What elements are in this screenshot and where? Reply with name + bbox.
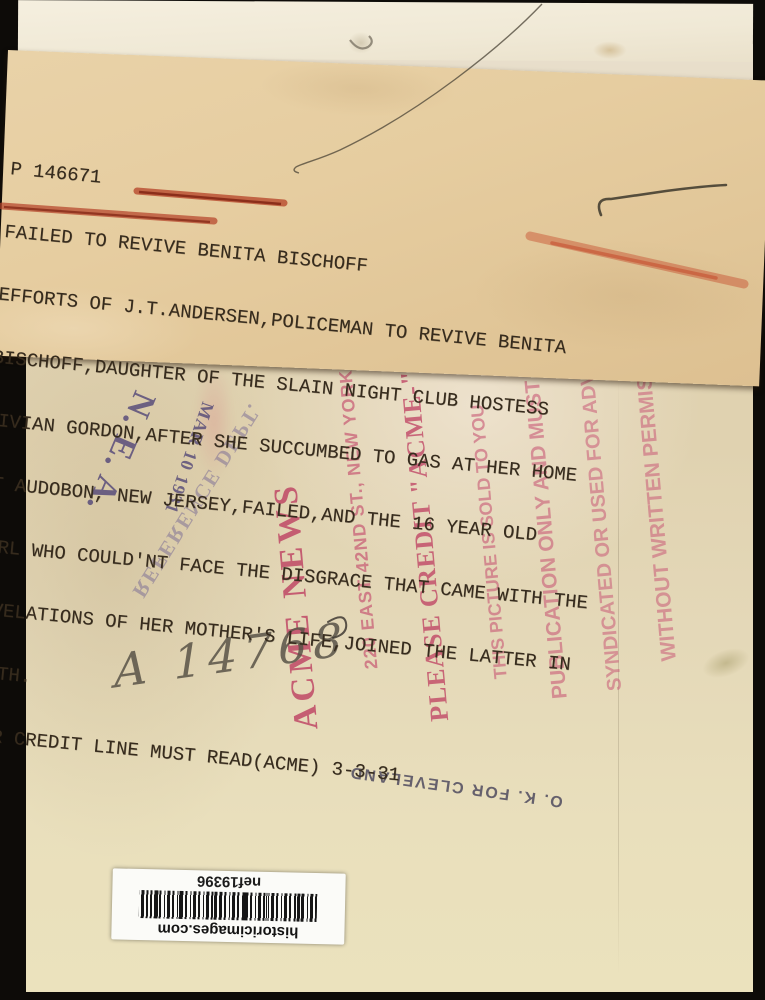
acme-stamp-terms-line: WITHOUT WRITTEN PERMISSI — [630, 326, 685, 707]
barcode-sticker: historicimages.com nef19396 — [111, 868, 346, 944]
typed-line: REVELATIONS OF HER MOTHER'S LIFE,JOINED … — [0, 598, 583, 677]
typed-line: DEATH. — [0, 661, 577, 740]
typed-line: P 146671 — [9, 159, 624, 238]
typed-line: AT AUDOBON, NEW JERSEY,FAILED,AND THE 16… — [0, 473, 595, 552]
paper-stain — [593, 41, 627, 59]
typed-line: GIRL WHO COULD'NT FACE THE DISGRACE THAT… — [0, 535, 589, 614]
typed-line: FAILED TO REVIVE BENITA BISCHOFF — [3, 222, 618, 301]
press-photo-back-scan: N. E. A. MAR 10 1931 REFERENCE DEPT. ACM… — [0, 0, 765, 1000]
typed-credit-line: YOUR CREDIT LINE MUST READ(ACME) 3-3-31 — [0, 724, 571, 803]
barcode — [139, 890, 318, 922]
paper-stain — [348, 32, 374, 54]
typed-line: BISCHOFF,DAUGHTER OF THE SLAIN NIGHT CLU… — [0, 347, 607, 426]
caption-slip: P 146671 FAILED TO REVIVE BENITA BISCHOF… — [0, 50, 765, 386]
typed-line: VIVIAN GORDON,AFTER SHE SUCCUMBED TO GAS… — [0, 410, 601, 489]
sticker-website-label: historicimages.com — [157, 921, 298, 941]
sticker-code-label: nef19396 — [197, 873, 262, 891]
typed-line: EFFORTS OF J.T.ANDERSEN,POLICEMAN TO REV… — [0, 285, 612, 364]
photo-top-edge — [18, 0, 753, 62]
typed-caption: P 146671 FAILED TO REVIVE BENITA BISCHOF… — [0, 117, 628, 844]
